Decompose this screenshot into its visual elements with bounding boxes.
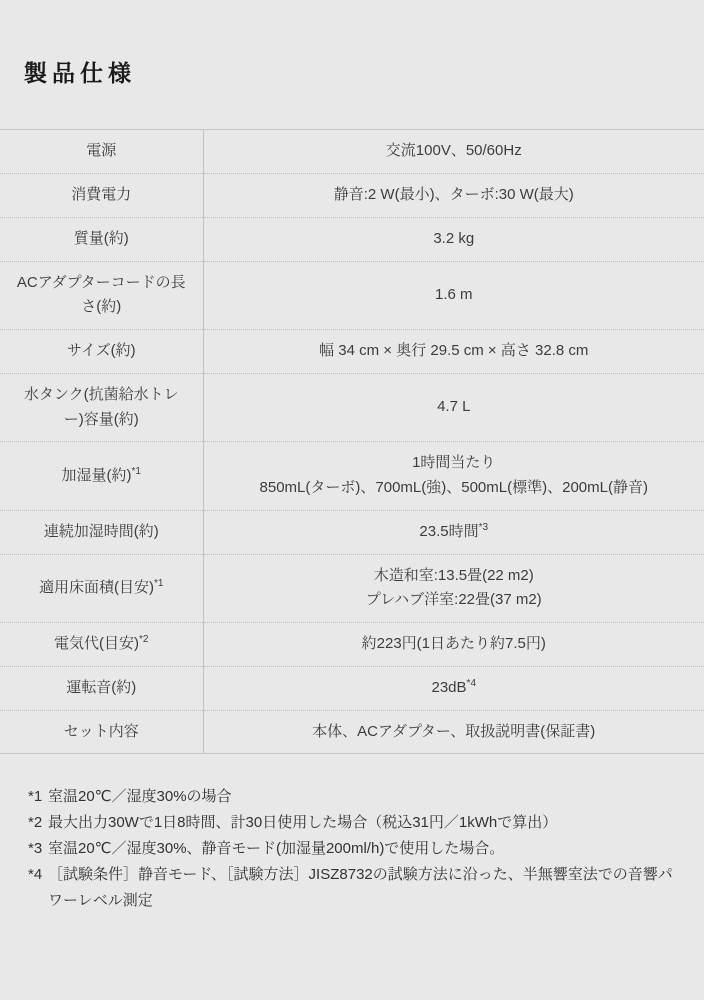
spec-value-cell: 23dB*4 (203, 666, 704, 710)
footnote-ref: *1 (132, 466, 141, 477)
footnote-ref: *1 (154, 578, 163, 589)
spec-value: 木造和室:13.5畳(22 m2) プレハブ洋室:22畳(37 m2) (366, 567, 542, 609)
table-row: 加湿量(約)*1 1時間当たり 850mL(ターボ)、700mL(強)、500m… (0, 442, 704, 511)
spec-label-cell: 適用床面積(目安)*1 (0, 554, 203, 623)
spec-label-cell: 質量(約) (0, 217, 203, 261)
footnote: *2 最大出力30Wで1日8時間、計30日使用した場合（税込31円／1kWhで算… (28, 810, 677, 836)
spec-value: 3.2 kg (433, 230, 474, 247)
footnote-text: 最大出力30Wで1日8時間、計30日使用した場合（税込31円／1kWhで算出） (48, 810, 677, 836)
spec-value-cell: 幅 34 cm × 奥行 29.5 cm × 高さ 32.8 cm (203, 330, 704, 374)
footnote: *3 室温20℃／湿度30%、静音モード(加湿量200ml/h)で使用した場合。 (28, 836, 677, 862)
spec-label: 電気代(目安) (54, 635, 139, 652)
table-row: 消費電力 静音:2 W(最小)、ターボ:30 W(最大) (0, 174, 704, 218)
table-row: 運転音(約) 23dB*4 (0, 666, 704, 710)
spec-label: セット内容 (64, 723, 139, 740)
table-row: 連続加湿時間(約) 23.5時間*3 (0, 510, 704, 554)
spec-label: サイズ(約) (67, 342, 136, 359)
spec-label-cell: 加湿量(約)*1 (0, 442, 203, 511)
spec-label-cell: セット内容 (0, 710, 203, 754)
spec-value: 23.5時間 (419, 523, 478, 540)
footnote-marker: *4 (28, 862, 48, 914)
footnote-ref: *3 (479, 522, 488, 533)
spec-label: 加湿量(約) (62, 467, 132, 484)
spec-table-body: 電源 交流100V、50/60Hz 消費電力 静音:2 W(最小)、ターボ:30… (0, 130, 704, 754)
spec-label-cell: 水タンク(抗菌給水トレー)容量(約) (0, 373, 203, 442)
footnote-ref: *4 (467, 678, 476, 689)
spec-label: 連続加湿時間(約) (44, 523, 159, 540)
spec-value: 1時間当たり 850mL(ターボ)、700mL(強)、500mL(標準)、200… (260, 454, 648, 496)
table-row: 質量(約) 3.2 kg (0, 217, 704, 261)
spec-table: 電源 交流100V、50/60Hz 消費電力 静音:2 W(最小)、ターボ:30… (0, 129, 704, 754)
table-row: 電気代(目安)*2 約223円(1日あたり約7.5円) (0, 623, 704, 667)
spec-label-cell: 連続加湿時間(約) (0, 510, 203, 554)
spec-value-cell: 本体、ACアダプター、取扱説明書(保証書) (203, 710, 704, 754)
spec-label: 電源 (86, 142, 116, 159)
footnote-ref: *2 (139, 634, 148, 645)
spec-label-cell: 電源 (0, 130, 203, 174)
spec-value-cell: 3.2 kg (203, 217, 704, 261)
footnote: *1 室温20℃／湿度30%の場合 (28, 784, 677, 810)
spec-value: 約223円(1日あたり約7.5円) (362, 635, 546, 652)
spec-label: 質量(約) (74, 230, 129, 247)
table-row: 水タンク(抗菌給水トレー)容量(約) 4.7 L (0, 373, 704, 442)
footnote: *4 ［試験条件］静音モード、［試験方法］JISZ8732の試験方法に沿った、半… (28, 862, 677, 914)
page-title: 製品仕様 (0, 0, 704, 90)
spec-value: 23dB (432, 679, 467, 696)
footnote-marker: *1 (28, 784, 48, 810)
spec-value: 静音:2 W(最小)、ターボ:30 W(最大) (334, 186, 574, 203)
product-spec-page: 製品仕様 電源 交流100V、50/60Hz 消費電力 静音:2 W(最小)、タ… (0, 0, 704, 1000)
spec-label: 運転音(約) (66, 679, 136, 696)
footnote-marker: *3 (28, 836, 48, 862)
spec-value-cell: 約223円(1日あたり約7.5円) (203, 623, 704, 667)
table-row: ACアダプターコードの長さ(約) 1.6 m (0, 261, 704, 330)
footnote-text: 室温20℃／湿度30%の場合 (48, 784, 677, 810)
spec-value: 幅 34 cm × 奥行 29.5 cm × 高さ 32.8 cm (319, 342, 588, 359)
table-row: 適用床面積(目安)*1 木造和室:13.5畳(22 m2) プレハブ洋室:22畳… (0, 554, 704, 623)
table-row: セット内容 本体、ACアダプター、取扱説明書(保証書) (0, 710, 704, 754)
spec-value-cell: 1時間当たり 850mL(ターボ)、700mL(強)、500mL(標準)、200… (203, 442, 704, 511)
spec-value-cell: 23.5時間*3 (203, 510, 704, 554)
spec-value-cell: 4.7 L (203, 373, 704, 442)
table-row: サイズ(約) 幅 34 cm × 奥行 29.5 cm × 高さ 32.8 cm (0, 330, 704, 374)
spec-value-cell: 木造和室:13.5畳(22 m2) プレハブ洋室:22畳(37 m2) (203, 554, 704, 623)
spec-value-cell: 交流100V、50/60Hz (203, 130, 704, 174)
spec-label-cell: ACアダプターコードの長さ(約) (0, 261, 203, 330)
spec-label: 適用床面積(目安) (39, 579, 154, 596)
spec-label: ACアダプターコードの長さ(約) (17, 274, 186, 316)
footnote-text: 室温20℃／湿度30%、静音モード(加湿量200ml/h)で使用した場合。 (48, 836, 677, 862)
table-row: 電源 交流100V、50/60Hz (0, 130, 704, 174)
footnotes: *1 室温20℃／湿度30%の場合 *2 最大出力30Wで1日8時間、計30日使… (28, 784, 677, 913)
spec-label-cell: 消費電力 (0, 174, 203, 218)
spec-label-cell: 運転音(約) (0, 666, 203, 710)
spec-label: 水タンク(抗菌給水トレー)容量(約) (24, 386, 179, 428)
spec-value-cell: 静音:2 W(最小)、ターボ:30 W(最大) (203, 174, 704, 218)
spec-value: 4.7 L (437, 398, 470, 415)
spec-label-cell: 電気代(目安)*2 (0, 623, 203, 667)
spec-value: 交流100V、50/60Hz (386, 142, 522, 159)
footnote-text: ［試験条件］静音モード、［試験方法］JISZ8732の試験方法に沿った、半無響室… (48, 862, 677, 914)
spec-value: 本体、ACアダプター、取扱説明書(保証書) (312, 723, 595, 740)
spec-value-cell: 1.6 m (203, 261, 704, 330)
spec-label: 消費電力 (71, 186, 131, 203)
footnote-marker: *2 (28, 810, 48, 836)
spec-label-cell: サイズ(約) (0, 330, 203, 374)
spec-value: 1.6 m (435, 286, 473, 303)
